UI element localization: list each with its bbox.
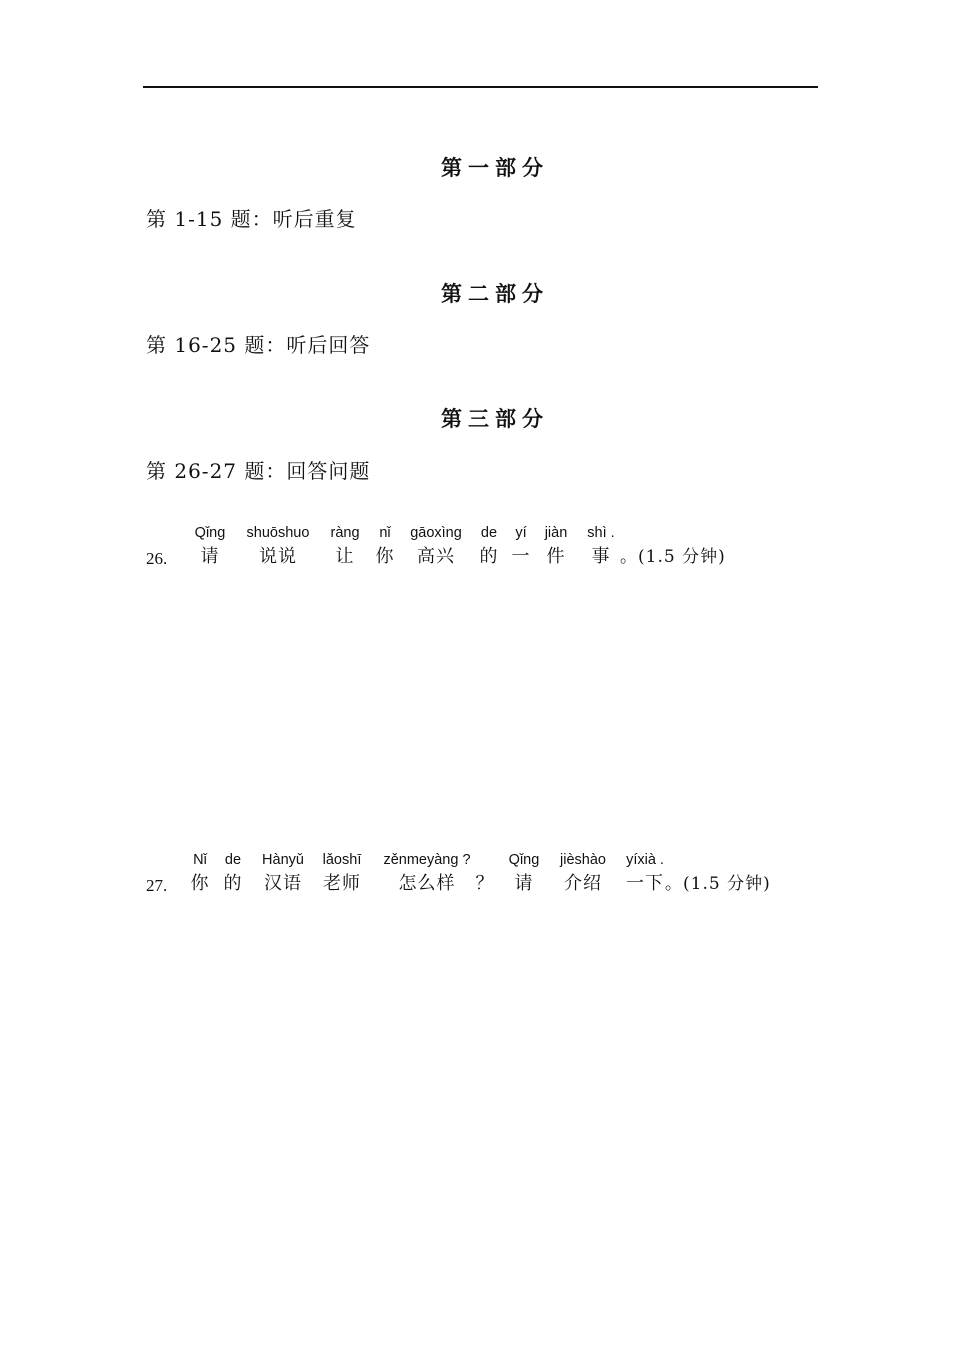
word-segment: shì . 事	[587, 523, 614, 571]
word-segment: Qǐng 请	[509, 850, 540, 898]
hanzi: 的	[224, 870, 243, 898]
pinyin: shuōshuo	[247, 523, 310, 543]
hanzi: 说说	[247, 543, 310, 571]
word-segment: Qǐng 请	[195, 523, 226, 571]
pinyin	[476, 850, 495, 870]
pinyin: yí	[512, 523, 531, 543]
header-rule	[143, 86, 818, 88]
pinyin: ràng	[330, 523, 359, 543]
hanzi: 高兴	[410, 543, 462, 571]
pinyin: lǎoshī	[323, 850, 362, 870]
hanzi: 请	[195, 543, 226, 571]
question-27: 27. Nǐ 你 de 的 Hànyǔ 汉语 lǎoshī 老师 zěnmeyà…	[0, 850, 960, 910]
word-segment: de 的	[480, 523, 499, 571]
hanzi: 一下	[626, 870, 664, 898]
hanzi: 汉语	[262, 870, 304, 898]
hanzi: 请	[509, 870, 540, 898]
hanzi: 老师	[323, 870, 362, 898]
question-26: 26. Qǐng 请 shuōshuo 说说 ràng 让 nǐ 你 gāoxì…	[0, 523, 960, 583]
section-subtitle-part-3: 第 26-27 题：回答问题	[146, 455, 370, 484]
hanzi: 介绍	[560, 870, 606, 898]
section-subtitle-part-2: 第 16-25 题：听后回答	[146, 329, 370, 358]
word-segment: Hànyǔ 汉语	[262, 850, 304, 898]
word-segment: yí 一	[512, 523, 531, 571]
question-number: 27.	[146, 876, 167, 896]
pinyin: de	[224, 850, 243, 870]
pinyin: yíxià .	[626, 850, 664, 870]
word-segment: ？	[476, 850, 495, 898]
word-segment: ràng 让	[330, 523, 359, 571]
hanzi: 件	[545, 543, 568, 571]
hanzi: 你	[376, 543, 395, 571]
pinyin: Qǐng	[509, 850, 540, 870]
section-title-part-2: 第二部分	[0, 278, 960, 308]
hanzi: 你	[191, 870, 210, 898]
word-segment: zěnmeyàng ? 怎么样	[383, 850, 470, 898]
hanzi: 让	[330, 543, 359, 571]
question-number: 26.	[146, 549, 167, 569]
pinyin: Nǐ	[191, 850, 210, 870]
time-limit-note: 。(1.5 分钟)	[665, 870, 771, 898]
pinyin: de	[480, 523, 499, 543]
hanzi: 事	[587, 543, 614, 571]
word-segment: jiàn 件	[545, 523, 568, 571]
pinyin: shì .	[587, 523, 614, 543]
pinyin: nǐ	[376, 523, 395, 543]
pinyin: gāoxìng	[410, 523, 462, 543]
pinyin: Qǐng	[195, 523, 226, 543]
word-segment: nǐ 你	[376, 523, 395, 571]
pinyin: Hànyǔ	[262, 850, 304, 870]
hanzi: ？	[476, 870, 495, 898]
hanzi: 怎么样	[383, 870, 470, 898]
word-segment: yíxià . 一下	[626, 850, 664, 898]
word-segment: de 的	[224, 850, 243, 898]
hanzi: 的	[480, 543, 499, 571]
word-segment: gāoxìng 高兴	[410, 523, 462, 571]
pinyin: jièshào	[560, 850, 606, 870]
word-segment: lǎoshī 老师	[323, 850, 362, 898]
pinyin: jiàn	[545, 523, 568, 543]
section-subtitle-part-1: 第 1-15 题：听后重复	[146, 203, 357, 232]
word-segment: shuōshuo 说说	[247, 523, 310, 571]
word-segment: jièshào 介绍	[560, 850, 606, 898]
section-title-part-1: 第一部分	[0, 152, 960, 182]
pinyin: zěnmeyàng ?	[383, 850, 470, 870]
word-segment: Nǐ 你	[191, 850, 210, 898]
hanzi: 一	[512, 543, 531, 571]
time-limit-note: 。(1.5 分钟)	[620, 543, 726, 571]
section-title-part-3: 第三部分	[0, 403, 960, 433]
